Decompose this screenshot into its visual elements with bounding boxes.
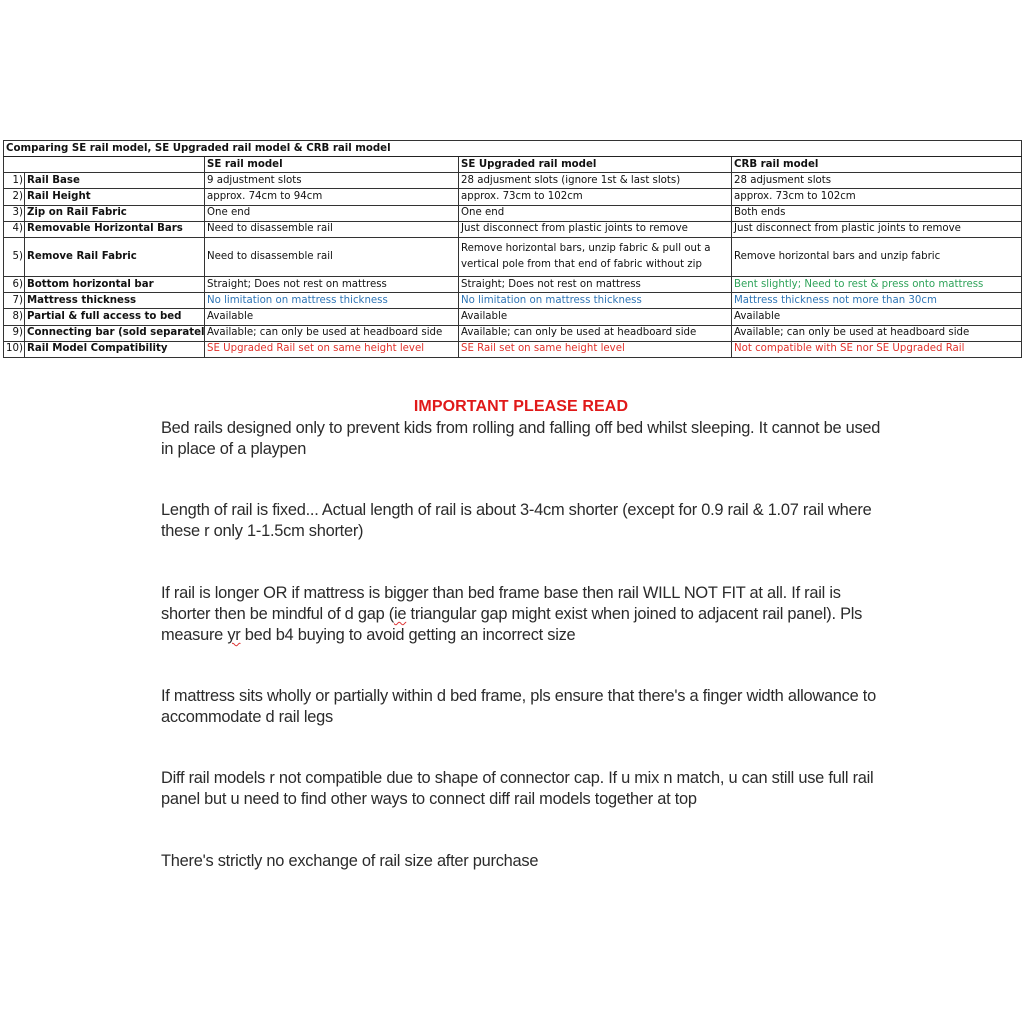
cell-se-upgraded: 28 adjusment slots (ignore 1st & last sl…: [459, 173, 732, 189]
cell-se-upgraded: Available; can only be used at headboard…: [459, 325, 732, 341]
cell-se: SE Upgraded Rail set on same height leve…: [205, 341, 459, 357]
cell-crb: Not compatible with SE nor SE Upgraded R…: [732, 341, 1022, 357]
cell-se: Need to disassemble rail: [205, 221, 459, 237]
table-row: 4) Removable Horizontal Bars Need to dis…: [4, 221, 1022, 237]
header-crb: CRB rail model: [732, 157, 1022, 173]
row-number: 8): [4, 309, 25, 325]
cell-se-upgraded: Available: [459, 309, 732, 325]
cell-se-upgraded: One end: [459, 205, 732, 221]
row-number: 9): [4, 325, 25, 341]
cell-se: Straight; Does not rest on mattress: [205, 276, 459, 292]
row-feature: Removable Horizontal Bars: [25, 221, 205, 237]
notice-title: IMPORTANT PLEASE READ: [0, 398, 1024, 416]
table-row: 9) Connecting bar (sold separately) Avai…: [4, 325, 1022, 341]
table-row: 3) Zip on Rail Fabric One end One end Bo…: [4, 205, 1022, 221]
row-number: 2): [4, 189, 25, 205]
cell-se: Available: [205, 309, 459, 325]
spellcheck-word-yr: yr: [227, 626, 240, 644]
header-se-upgraded: SE Upgraded rail model: [459, 157, 732, 173]
table-row: 8) Partial & full access to bed Availabl…: [4, 309, 1022, 325]
row-feature: Partial & full access to bed: [25, 309, 205, 325]
cell-se: One end: [205, 205, 459, 221]
spellcheck-word-ie: ie: [394, 605, 406, 623]
notice-paragraph-mattress: If mattress sits wholly or partially wit…: [161, 686, 891, 728]
cell-se: Need to disassemble rail: [205, 237, 459, 276]
cell-crb: Just disconnect from plastic joints to r…: [732, 221, 1022, 237]
header-blank: [4, 157, 205, 173]
row-feature: Mattress thickness: [25, 293, 205, 309]
table-row: 10) Rail Model Compatibility SE Upgraded…: [4, 341, 1022, 357]
cell-se: approx. 74cm to 94cm: [205, 189, 459, 205]
row-number: 7): [4, 293, 25, 309]
cell-se-upgraded: No limitation on mattress thickness: [459, 293, 732, 309]
table-row: 1) Rail Base 9 adjustment slots 28 adjus…: [4, 173, 1022, 189]
row-number: 3): [4, 205, 25, 221]
cell-se-upgraded: approx. 73cm to 102cm: [459, 189, 732, 205]
cell-crb: Both ends: [732, 205, 1022, 221]
table-header-row: SE rail model SE Upgraded rail model CRB…: [4, 157, 1022, 173]
table-row: 6) Bottom horizontal bar Straight; Does …: [4, 276, 1022, 292]
cell-crb: Mattress thickness not more than 30cm: [732, 293, 1022, 309]
row-feature: Rail Model Compatibility: [25, 341, 205, 357]
row-number: 6): [4, 276, 25, 292]
row-number: 1): [4, 173, 25, 189]
notice-paragraph-length: Length of rail is fixed... Actual length…: [161, 500, 891, 542]
table-row: 2) Rail Height approx. 74cm to 94cm appr…: [4, 189, 1022, 205]
cell-crb: Bent slightly; Need to rest & press onto…: [732, 276, 1022, 292]
cell-se-upgraded: SE Rail set on same height level: [459, 341, 732, 357]
row-number: 5): [4, 237, 25, 276]
cell-crb: Available: [732, 309, 1022, 325]
cell-se: 9 adjustment slots: [205, 173, 459, 189]
comparison-table: Comparing SE rail model, SE Upgraded rai…: [3, 140, 1022, 358]
notice-paragraph-purpose: Bed rails designed only to prevent kids …: [161, 418, 891, 460]
row-feature: Rail Height: [25, 189, 205, 205]
cell-crb: Available; can only be used at headboard…: [732, 325, 1022, 341]
table-row: 5) Remove Rail Fabric Need to disassembl…: [4, 237, 1022, 276]
cell-crb: approx. 73cm to 102cm: [732, 189, 1022, 205]
fit-text-c: bed b4 buying to avoid getting an incorr…: [240, 626, 575, 644]
cell-crb: 28 adjusment slots: [732, 173, 1022, 189]
row-feature: Bottom horizontal bar: [25, 276, 205, 292]
cell-se: No limitation on mattress thickness: [205, 293, 459, 309]
cell-se-upgraded: Straight; Does not rest on mattress: [459, 276, 732, 292]
row-feature: Rail Base: [25, 173, 205, 189]
row-number: 4): [4, 221, 25, 237]
row-feature: Connecting bar (sold separately): [25, 325, 205, 341]
notice-paragraph-exchange: There's strictly no exchange of rail siz…: [161, 851, 891, 872]
row-feature: Zip on Rail Fabric: [25, 205, 205, 221]
notice-paragraph-compatibility: Diff rail models r not compatible due to…: [161, 768, 891, 810]
table-title: Comparing SE rail model, SE Upgraded rai…: [4, 141, 1022, 157]
row-number: 10): [4, 341, 25, 357]
row-feature: Remove Rail Fabric: [25, 237, 205, 276]
table-title-row: Comparing SE rail model, SE Upgraded rai…: [4, 141, 1022, 157]
cell-se-upgraded: Remove horizontal bars, unzip fabric & p…: [459, 237, 732, 276]
table-row: 7) Mattress thickness No limitation on m…: [4, 293, 1022, 309]
cell-se-upgraded: Just disconnect from plastic joints to r…: [459, 221, 732, 237]
cell-se: Available; can only be used at headboard…: [205, 325, 459, 341]
cell-crb: Remove horizontal bars and unzip fabric: [732, 237, 1022, 276]
notice-paragraph-fit: If rail is longer OR if mattress is bigg…: [161, 583, 891, 646]
header-se: SE rail model: [205, 157, 459, 173]
